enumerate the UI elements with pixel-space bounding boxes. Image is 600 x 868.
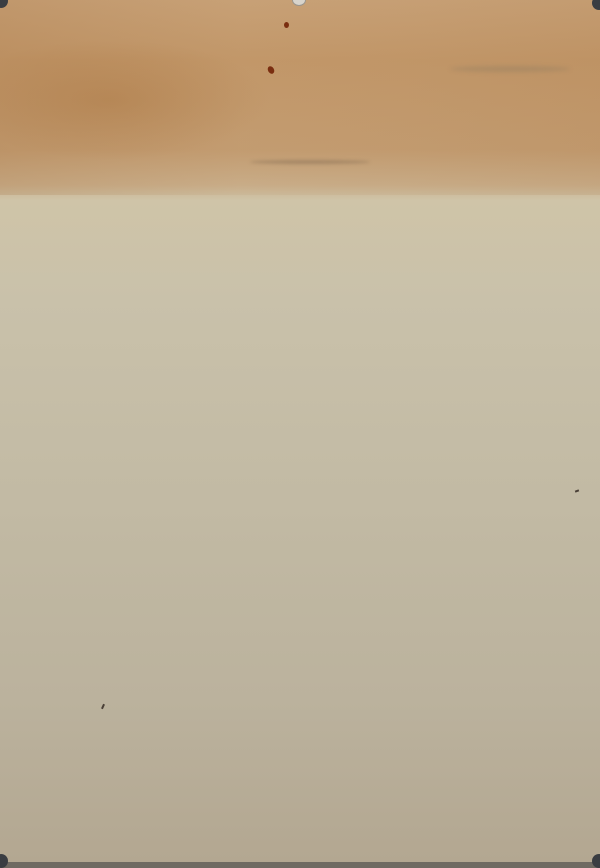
sun-browned-band	[0, 0, 600, 195]
paper-crease-right	[450, 66, 570, 72]
speck-mark	[575, 489, 579, 492]
corner-clip	[592, 854, 600, 862]
paper-sheet	[0, 0, 600, 862]
stain-mark	[284, 22, 289, 28]
speck-mark	[101, 704, 105, 709]
corner-clip	[0, 854, 8, 862]
paper-crease	[250, 160, 370, 164]
